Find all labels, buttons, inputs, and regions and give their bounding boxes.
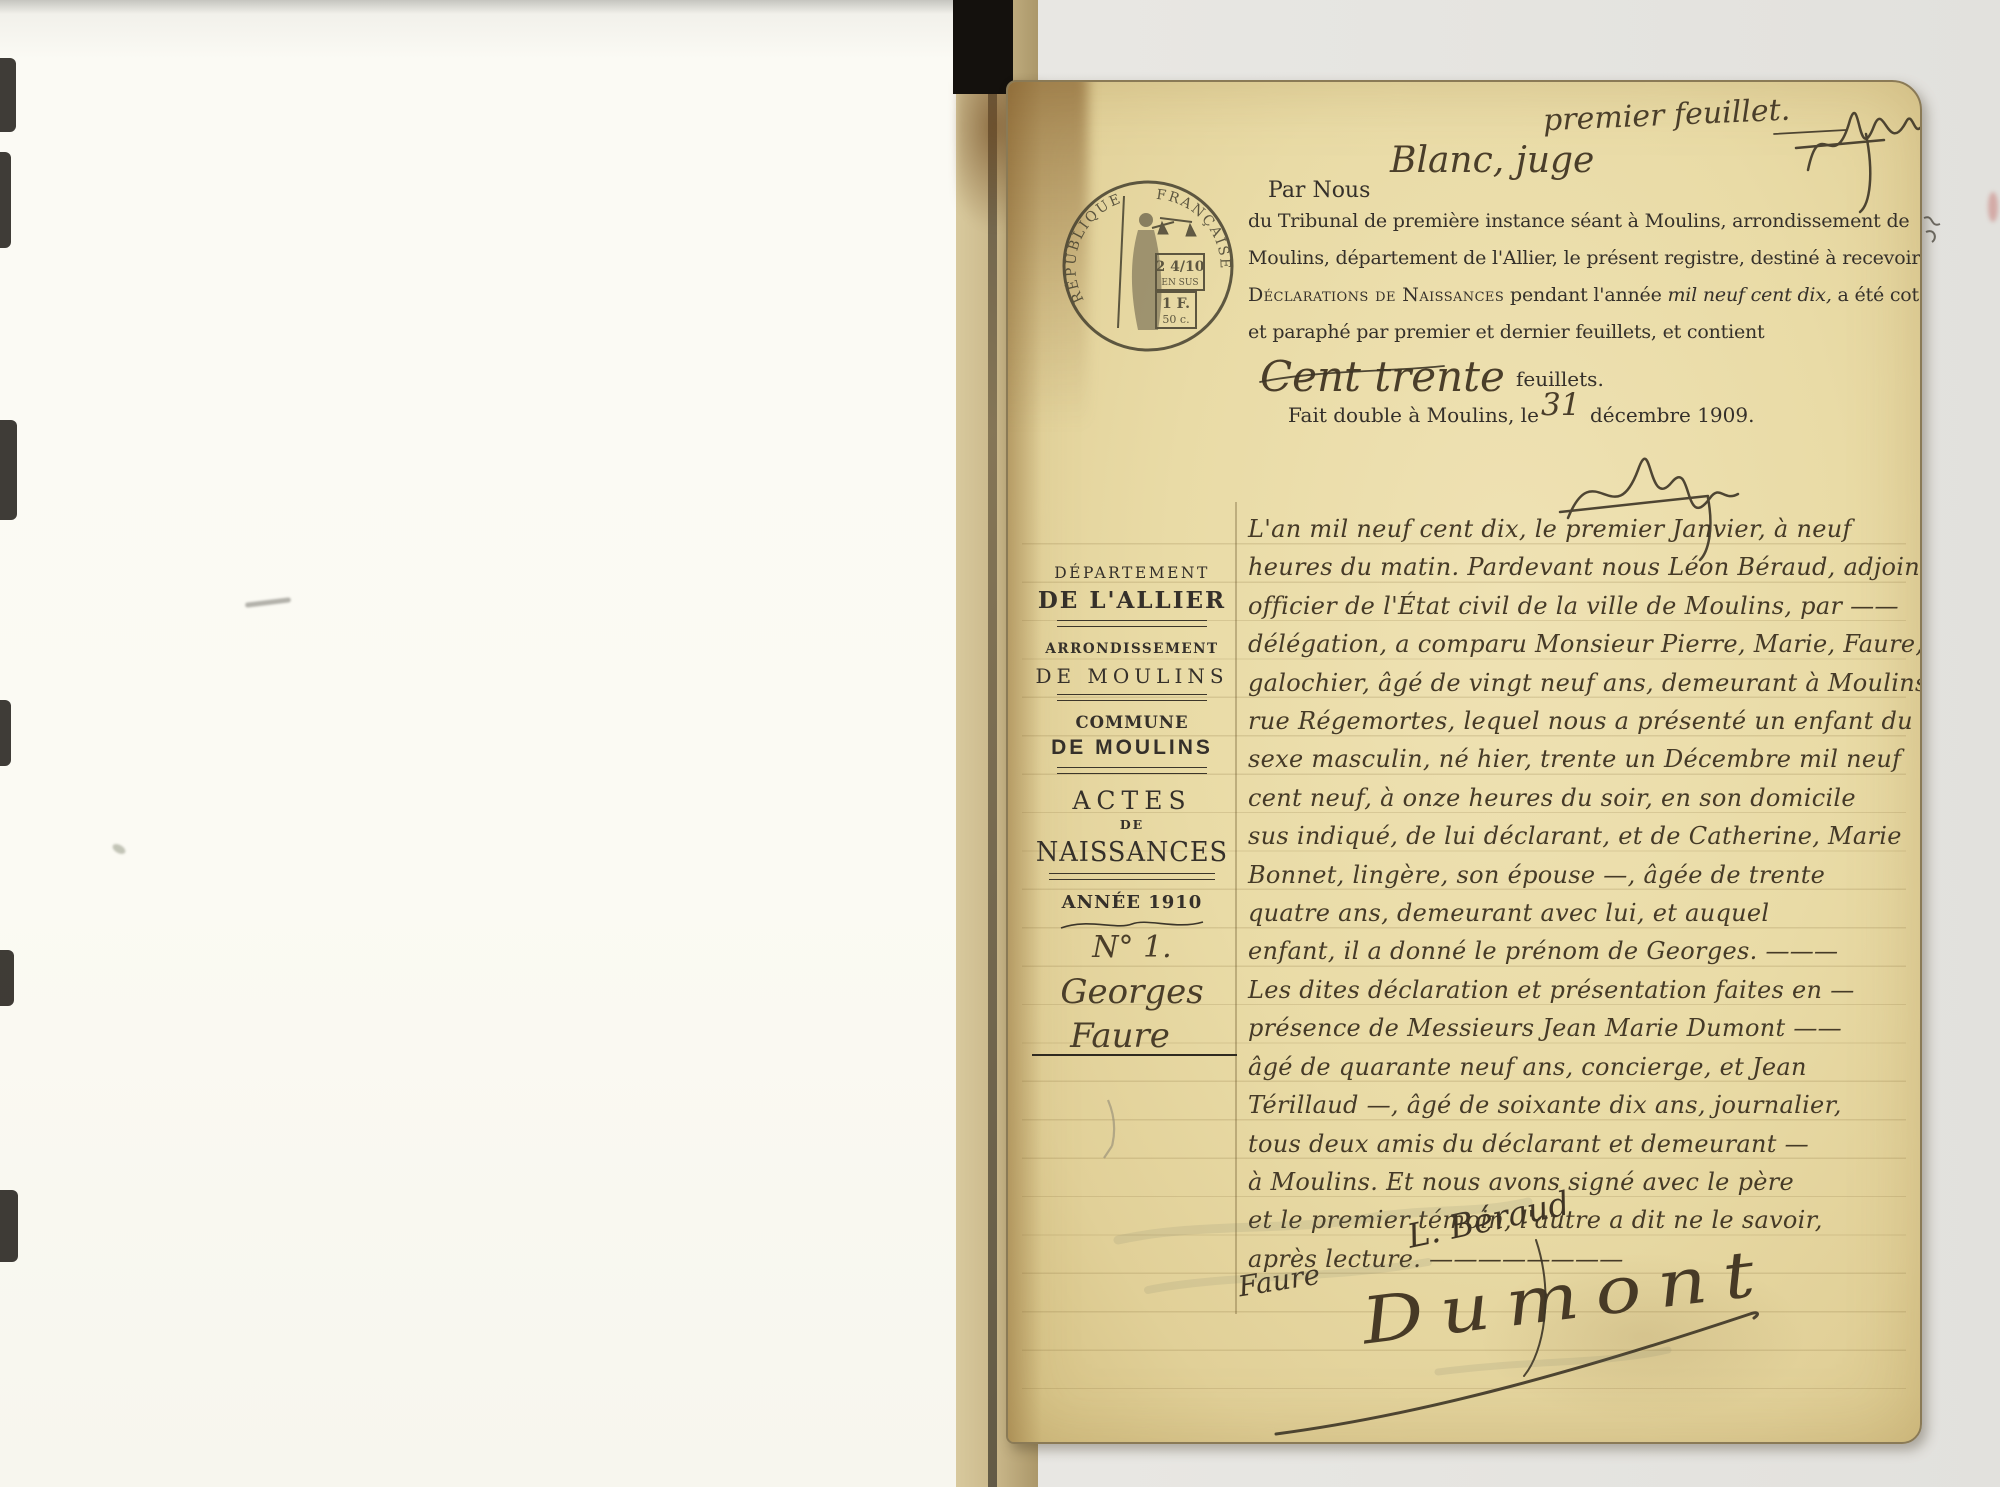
birth-act-text: L'an mil neuf cent dix, le premier Janvi… <box>1248 510 1922 1278</box>
margin-child-lastname: Faure <box>1016 1016 1224 1056</box>
act-line: L'an mil neuf cent dix, le premier Janvi… <box>1248 510 1922 548</box>
dateline-year: décembre 1909. <box>1590 403 1754 427</box>
header-line-4: et paraphé par premier et dernier feuill… <box>1248 321 1918 343</box>
act-line: quatre ans, demeurant avec lui, et auque… <box>1248 894 1922 932</box>
paper-smudge <box>245 597 291 608</box>
cover-edge-mark <box>0 950 14 1006</box>
stamp-duty-mid: EN SUS <box>1161 278 1198 288</box>
revenue-stamp: RÉPUBLIQUE FRANÇAISE 2 4/10 EN SUS 1 F. … <box>1060 178 1236 354</box>
act-line: Térillaud —, âgé de soixante dix ans, jo… <box>1248 1086 1922 1124</box>
act-line: sus indiqué, de lui déclarant, et de Cat… <box>1248 817 1922 855</box>
dateline: Fait double à Moulins, le <box>1288 403 1539 427</box>
margin-divider <box>1057 694 1207 701</box>
header-line-3: Déclarations de Naissances pendant l'ann… <box>1248 284 1918 306</box>
act-line: rue Régemortes, lequel nous a présenté u… <box>1248 702 1922 740</box>
register-page: premier feuillet. Par Nous Blanc, juge d… <box>1006 80 1922 1444</box>
margin-annee: ANNÉE 1910 <box>1028 892 1236 913</box>
margin-actes-line3: NAISSANCES <box>1033 837 1231 868</box>
act-line: tous deux amis du déclarant et demeurant… <box>1248 1125 1922 1163</box>
top-note: premier feuillet. <box>1542 93 1791 139</box>
date-day-handwritten: 31 <box>1541 387 1580 423</box>
margin-commune-value: DE MOULINS <box>1028 736 1236 760</box>
act-line: Les dites déclaration et présentation fa… <box>1248 971 1922 1009</box>
judge-name-handwritten: Blanc, juge <box>1390 140 1594 181</box>
header-line-3-end: a été coté <box>1832 284 1922 306</box>
act-line: et le premier témoin, l'autre a dit ne l… <box>1248 1201 1922 1239</box>
act-line: présence de Messieurs Jean Marie Dumont … <box>1248 1009 1922 1047</box>
act-line: galochier, âgé de vingt neuf ans, demeur… <box>1248 664 1922 702</box>
cover-edge-mark <box>0 152 11 248</box>
binding-crease <box>988 80 997 1487</box>
cover-edge-mark <box>0 1190 18 1262</box>
margin-commune-label: COMMUNE <box>1028 713 1236 732</box>
stamp-duty-upper: 2 4/10 <box>1156 259 1205 275</box>
cover-edge-mark <box>0 58 16 132</box>
margin-departement-value: DE L'ALLIER <box>1028 587 1236 614</box>
margin-actes-line2: DE <box>1028 817 1236 832</box>
act-line: cent neuf, à onze heures du soir, en son… <box>1248 779 1922 817</box>
stamp-duty-plaques: 2 4/10 EN SUS 1 F. 50 c. <box>1156 254 1205 328</box>
act-line: âgé de quarante neuf ans, concierge, et … <box>1248 1048 1922 1086</box>
folio-count-handwritten: Cent trente <box>1260 352 1505 401</box>
declarations-smallcaps: Déclarations de Naissances <box>1248 284 1504 306</box>
margin-child-firstname: Georges <box>1028 972 1236 1012</box>
margin-divider <box>1049 873 1215 880</box>
dark-cover-corner <box>953 0 1013 94</box>
par-nous-label: Par Nous <box>1268 178 1370 203</box>
act-line: heures du matin. Pardevant nous Léon Bér… <box>1248 548 1922 586</box>
margin-entry-underline <box>1032 1054 1237 1056</box>
ink-scribble-margin <box>1920 212 1950 252</box>
cover-edge-mark <box>0 700 11 766</box>
page-top-shadow <box>0 0 958 14</box>
top-note-underline <box>1774 130 1846 134</box>
red-edge-smudge <box>1988 192 1998 222</box>
margin-arrondissement-value: DE MOULINS <box>1028 664 1236 688</box>
header-line-1: du Tribunal de première instance séant à… <box>1248 210 1918 232</box>
stamp-duty-cent: 50 c. <box>1162 313 1189 326</box>
margin-actes-line1: ACTES <box>1028 786 1236 815</box>
paper-smudge <box>111 842 127 856</box>
stamp-duty-franc: 1 F. <box>1162 296 1190 312</box>
facing-blank-page <box>0 0 958 1487</box>
act-line: sexe masculin, né hier, trente un Décemb… <box>1248 740 1922 778</box>
act-line: à Moulins. Et nous avons signé avec le p… <box>1248 1163 1922 1201</box>
act-line: délégation, a comparu Monsieur Pierre, M… <box>1248 625 1922 663</box>
margin-act-number: N° 1. <box>1028 930 1236 965</box>
blanc-paraph-top-strike <box>1796 140 1884 148</box>
cover-edge-mark <box>0 420 17 520</box>
header-line-3-mid: pendant l'année <box>1504 284 1667 306</box>
stamp-republique-text: RÉPUBLIQUE <box>1062 191 1124 305</box>
act-line: Bonnet, lingère, son épouse —, âgée de t… <box>1248 856 1922 894</box>
act-line: officier de l'État civil de la ville de … <box>1248 587 1922 625</box>
act-line: enfant, il a donné le prénom de Georges.… <box>1248 932 1922 970</box>
blanc-paraph-top <box>1808 113 1920 170</box>
year-italic: mil neuf cent dix, <box>1667 284 1831 306</box>
margin-departement-label: DÉPARTEMENT <box>1028 564 1236 582</box>
scanned-register-photo: premier feuillet. Par Nous Blanc, juge d… <box>0 0 2000 1487</box>
svg-text:RÉPUBLIQUE: RÉPUBLIQUE <box>1062 191 1124 305</box>
margin-divider <box>1057 767 1207 774</box>
margin-arrondissement-label: ARRONDISSEMENT <box>1028 641 1236 657</box>
header-line-2: Moulins, département de l'Allier, le pré… <box>1248 247 1918 269</box>
margin-divider <box>1057 620 1207 627</box>
blanc-paraph-top-descender <box>1860 134 1870 212</box>
